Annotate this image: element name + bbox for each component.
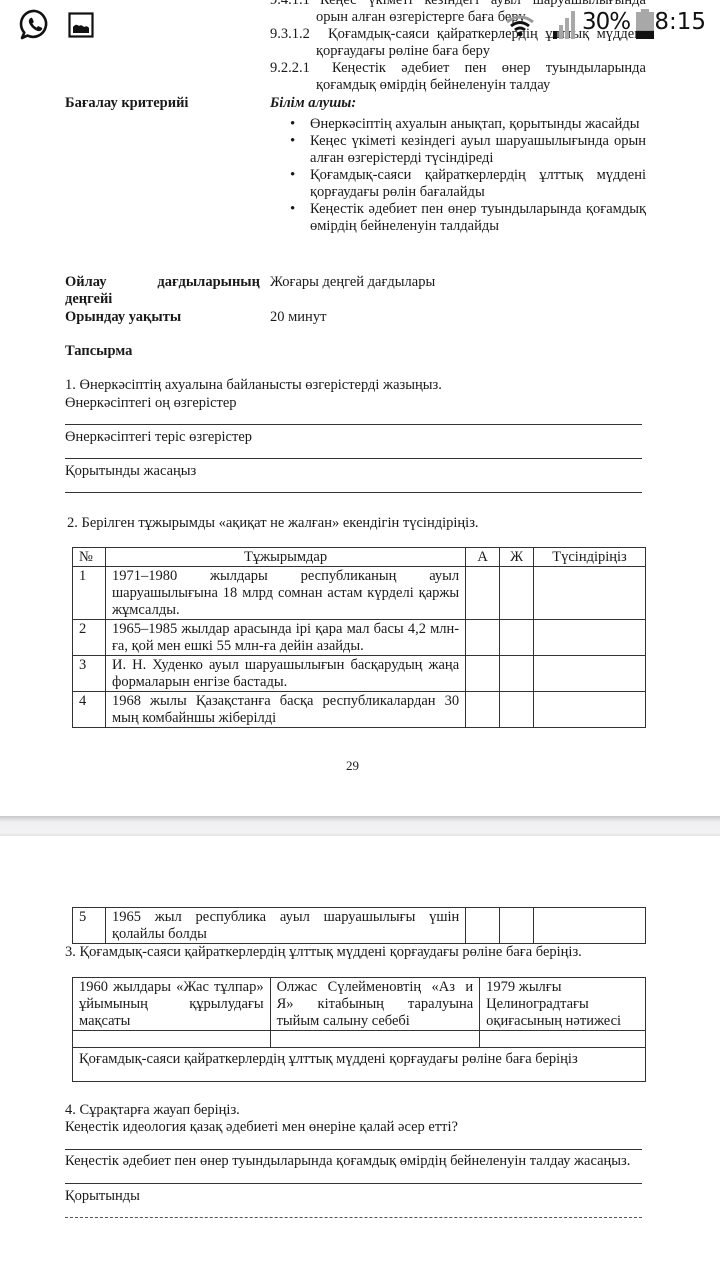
- criteria-intro: Білім алушы:: [270, 95, 356, 112]
- header-zhas-tulpar: 1960 жылдары «Жас тұлпар» ұйымының құрыл…: [73, 978, 271, 1031]
- header-number: №: [73, 548, 106, 567]
- cell-true[interactable]: [466, 567, 500, 620]
- cell-true[interactable]: [466, 692, 500, 728]
- clock: 8:15: [654, 9, 706, 35]
- answer-line-q1[interactable]: [65, 1149, 642, 1150]
- criteria-item: Қоғамдық-саяси қайраткерлердің ұлттық мү…: [286, 167, 646, 201]
- answer-cell[interactable]: [480, 1031, 646, 1048]
- task3-title: 3. Қоғамдық-саяси қайраткерлердің ұлттық…: [65, 944, 582, 961]
- task2-table-continued: 5 1965 жыл республика ауыл шаруашылығы ү…: [72, 907, 646, 944]
- criteria-item: Өнеркәсіптің ахуалын анықтап, қорытынды …: [286, 116, 646, 133]
- task3-table: 1960 жылдары «Жас тұлпар» ұйымының құрыл…: [72, 977, 646, 1082]
- task4-question1: Кеңестік идеология қазақ әдебиеті мен өн…: [65, 1119, 458, 1136]
- table-footer-row: Қоғамдық-саяси қайраткерлердің ұлттық мү…: [73, 1048, 646, 1082]
- task2-table: № Тұжырымдар А Ж Түсіндіріңіз 1 1971–198…: [72, 547, 646, 728]
- objective-code: 9.3.1.2: [270, 26, 328, 43]
- row-statement: 1965 жыл республика ауыл шаруашылығы үші…: [105, 908, 465, 944]
- table-answer-row: [73, 1031, 646, 1048]
- objective-9-2-2-1: 9.2.2.1Кеңестік әдебиет пен өнер туындыл…: [270, 60, 646, 94]
- objective-text: Кеңес үкіметі кезіндегі ауыл шаруашылығы…: [320, 0, 646, 9]
- thinking-label-word: дағдыларының: [157, 274, 260, 291]
- header-true: А: [466, 548, 500, 567]
- whatsapp-icon: [18, 8, 52, 47]
- cell-true[interactable]: [466, 908, 500, 944]
- thinking-level-label-cont: деңгейі: [65, 291, 112, 308]
- answer-line-q2[interactable]: [65, 1183, 642, 1184]
- criteria-list: Өнеркәсіптің ахуалын анықтап, қорытынды …: [286, 116, 646, 235]
- objective-text-cont: қоғамдық өмірдің бейнеленуін талдау: [270, 77, 646, 94]
- row-number: 4: [73, 692, 106, 728]
- task1-title: 1. Өнеркәсіптің ахуалына байланысты өзге…: [65, 377, 442, 394]
- table-header-row: 1960 жылдары «Жас тұлпар» ұйымының құрыл…: [73, 978, 646, 1031]
- criteria-item: Кеңестік әдебиет пен өнер туындыларында …: [286, 201, 646, 235]
- thinking-label-word: Ойлау: [65, 274, 107, 291]
- row-number: 1: [73, 567, 106, 620]
- row-statement: 1971–1980 жылдары республиканың ауыл шар…: [105, 567, 465, 620]
- row-statement: 1965–1985 жылдар арасында ірі қара мал б…: [105, 620, 465, 656]
- header-explain: Түсіндіріңіз: [534, 548, 646, 567]
- time-label: Орындау уақыты: [65, 309, 181, 326]
- cell-explain[interactable]: [534, 656, 646, 692]
- header-statements: Тұжырымдар: [105, 548, 465, 567]
- table-row: 2 1965–1985 жылдар арасында ірі қара мал…: [73, 620, 646, 656]
- wifi-icon: [505, 14, 535, 43]
- table-row: 1 1971–1980 жылдары республиканың ауыл ш…: [73, 567, 646, 620]
- task1-positive-label: Өнеркәсіптегі оң өзгерістер: [65, 395, 237, 412]
- row-statement: И. Н. Худенко ауыл шаруашылығын басқаруд…: [105, 656, 465, 692]
- page-number: 29: [0, 757, 705, 774]
- cell-explain[interactable]: [534, 620, 646, 656]
- objective-text-cont: қорғаудағы рөліне баға беру: [270, 43, 646, 60]
- objective-text: Кеңестік әдебиет пен өнер туындыларында: [332, 60, 646, 77]
- cell-false[interactable]: [500, 692, 534, 728]
- cell-false[interactable]: [500, 656, 534, 692]
- footer-prompt[interactable]: Қоғамдық-саяси қайраткерлердің ұлттық мү…: [73, 1048, 646, 1082]
- battery-percent: 30%: [582, 9, 630, 35]
- task4-question2: Кеңестік әдебиет пен өнер туындыларында …: [65, 1153, 630, 1170]
- answer-line-positive[interactable]: [65, 424, 642, 425]
- cell-false[interactable]: [500, 620, 534, 656]
- criteria-item: Кеңес үкіметі кезіндегі ауыл шаруашылығы…: [286, 133, 646, 167]
- row-number: 2: [73, 620, 106, 656]
- gallery-icon: [68, 12, 94, 43]
- task1-conclusion-label: Қорытынды жасаңыз: [65, 463, 196, 480]
- row-statement: 1968 жылы Қазақстанға басқа республикала…: [105, 692, 465, 728]
- cell-explain[interactable]: [534, 692, 646, 728]
- task4-title: 4. Сұрақтарға жауап беріңіз.: [65, 1102, 240, 1119]
- task1-negative-label: Өнеркәсіптегі теріс өзгерістер: [65, 429, 252, 446]
- thinking-level-label: Ойлау дағдыларының: [65, 274, 260, 291]
- table-header-row: № Тұжырымдар А Ж Түсіндіріңіз: [73, 548, 646, 567]
- page-separator: [0, 816, 720, 836]
- answer-cell[interactable]: [73, 1031, 271, 1048]
- header-tselinograd: 1979 жылғы Целиноградтағы оқиғасының нәт…: [480, 978, 646, 1031]
- answer-line-conclusion[interactable]: [65, 492, 642, 493]
- objective-code: 9.4.1.1: [270, 0, 320, 9]
- objective-code: 9.2.2.1: [270, 60, 332, 77]
- answer-line-conclusion[interactable]: [65, 1217, 642, 1218]
- row-number: 5: [73, 908, 106, 944]
- table-row: 3 И. Н. Худенко ауыл шаруашылығын басқар…: [73, 656, 646, 692]
- cell-false[interactable]: [500, 908, 534, 944]
- cell-true[interactable]: [466, 656, 500, 692]
- cell-true[interactable]: [466, 620, 500, 656]
- battery-icon: [636, 9, 654, 44]
- answer-line-negative[interactable]: [65, 458, 642, 459]
- criteria-label: Бағалау критерийі: [65, 95, 188, 112]
- cell-explain[interactable]: [534, 567, 646, 620]
- row-number: 3: [73, 656, 106, 692]
- thinking-level-value: Жоғары деңгей дағдылары: [270, 274, 435, 291]
- cell-explain[interactable]: [534, 908, 646, 944]
- answer-cell[interactable]: [270, 1031, 480, 1048]
- cell-false[interactable]: [500, 567, 534, 620]
- table-row: 5 1965 жыл республика ауыл шаруашылығы ү…: [73, 908, 646, 944]
- time-value: 20 минут: [270, 309, 326, 326]
- signal-icon: [552, 9, 578, 44]
- task4-conclusion: Қорытынды: [65, 1188, 140, 1205]
- header-false: Ж: [500, 548, 534, 567]
- task-heading: Тапсырма: [65, 343, 132, 360]
- task2-title: 2. Берілген тұжырымды «ақиқат не жалған»…: [67, 515, 479, 532]
- header-az-i-ya: Олжас Сүлейменовтің «Аз и Я» кітабының т…: [270, 978, 480, 1031]
- table-row: 4 1968 жылы Қазақстанға басқа республика…: [73, 692, 646, 728]
